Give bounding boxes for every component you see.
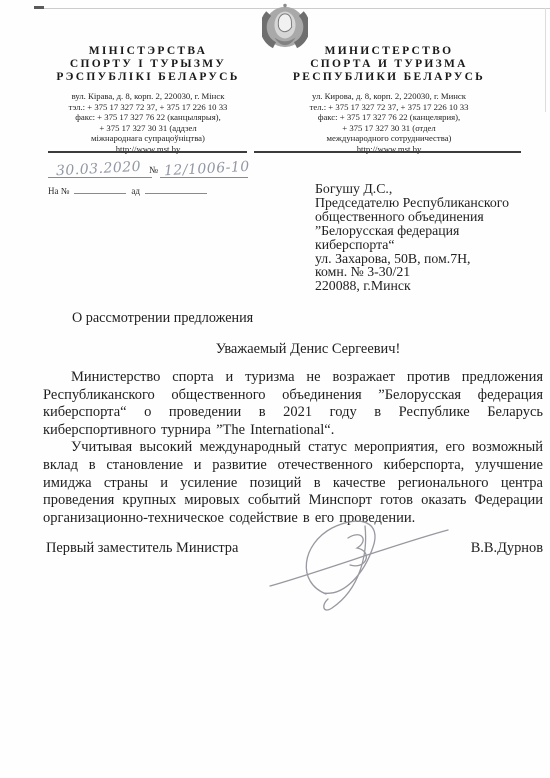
recipient-line: Председателю Республиканского [315, 196, 520, 210]
ministry-address-by: вул. Кірава, д. 8, корп. 2, 220030, г. М… [48, 91, 248, 155]
scan-artifact-right-tick [545, 8, 546, 112]
recipient-line: комн. № 3-30/21 [315, 265, 520, 279]
salutation: Уважаемый Денис Сергеевич! [43, 341, 550, 358]
letterhead-title-line: РЕСПУБЛИКИ БЕЛАРУСЬ [256, 71, 522, 84]
letterhead-title-line: СПОРТА И ТУРИЗМА [256, 58, 522, 71]
signer-name: В.В.Дурнов [471, 540, 543, 557]
letterhead-title-line: МІНІСТЭРСТВА [48, 45, 248, 58]
recipient-line: 220088, г.Минск [315, 279, 520, 293]
letterhead-title-line: СПОРТУ І ТУРЫЗМУ [48, 58, 248, 71]
address-line: тел.: + 375 17 327 72 37, + 375 17 226 1… [256, 102, 522, 113]
body-paragraph: Министерство спорта и туризма не возража… [43, 369, 543, 439]
recipient-line: общественного объединения [315, 210, 520, 224]
belarus-coat-of-arms-icon [262, 3, 308, 49]
address-line: + 375 17 327 30 31 (отдел [256, 123, 522, 134]
signer-title: Первый заместитель Министра [46, 540, 238, 557]
address-line: тэл.: + 375 17 327 72 37, + 375 17 226 1… [48, 102, 248, 113]
recipient-line: Богушу Д.С., [315, 182, 520, 196]
blank-underline [145, 185, 207, 194]
address-line: вул. Кірава, д. 8, корп. 2, 220030, г. М… [48, 91, 248, 102]
ministry-address-ru: ул. Кирова, д. 8, корп. 2, 220030, г. Ми… [256, 91, 522, 155]
divider-segment [254, 151, 521, 153]
reply-prefix-label: На № [48, 186, 69, 196]
address-line: ул. Кирова, д. 8, корп. 2, 220030, г. Ми… [256, 91, 522, 102]
address-line: міжнароднага супрацоўніцтва) [48, 133, 248, 144]
letterhead-right: МИНИСТЕРСТВО СПОРТА И ТУРИЗМА РЕСПУБЛИКИ… [256, 45, 522, 155]
address-line: факс: + 375 17 327 76 22 (канцылярыя), [48, 112, 248, 123]
address-line: международного сотрудничества) [256, 133, 522, 144]
recipient-line: киберспорта“ [315, 238, 520, 252]
letterhead-divider [48, 151, 521, 153]
letterhead-title-line: РЭСПУБЛІКІ БЕЛАРУСЬ [48, 71, 248, 84]
letter-page: МІНІСТЭРСТВА СПОРТУ І ТУРЫЗМУ РЭСПУБЛІКІ… [0, 0, 550, 778]
divider-segment [48, 151, 247, 153]
letterhead-title-line: МИНИСТЕРСТВО [256, 45, 522, 58]
blank-underline [74, 185, 126, 194]
outgoing-reference-line: 30.03.2020 № 12/1006-10 [48, 155, 250, 180]
number-sign: № [149, 166, 158, 176]
ministry-title-by: МІНІСТЭРСТВА СПОРТУ І ТУРЫЗМУ РЭСПУБЛІКІ… [48, 45, 248, 84]
reply-from-label: ад [131, 186, 140, 196]
reply-reference-line: На №ад [48, 185, 212, 196]
subject-line: О рассмотрении предложения [72, 310, 253, 327]
letter-body: Министерство спорта и туризма не возража… [43, 369, 543, 527]
ministry-title-ru: МИНИСТЕРСТВО СПОРТА И ТУРИЗМА РЕСПУБЛИКИ… [256, 45, 522, 84]
recipient-line: ул. Захарова, 50В, пом.7Н, [315, 252, 520, 266]
recipient-block: Богушу Д.С., Председателю Республиканско… [315, 182, 520, 293]
recipient-line: ”Белорусская федерация [315, 224, 520, 238]
letterhead-left: МІНІСТЭРСТВА СПОРТУ І ТУРЫЗМУ РЭСПУБЛІКІ… [48, 45, 248, 155]
scan-artifact-corner-dash [34, 6, 44, 9]
address-line: + 375 17 327 30 31 (аддзел [48, 123, 248, 134]
handwritten-signature-icon [268, 514, 450, 622]
address-line: факс: + 375 17 327 76 22 (канцелярия), [256, 112, 522, 123]
